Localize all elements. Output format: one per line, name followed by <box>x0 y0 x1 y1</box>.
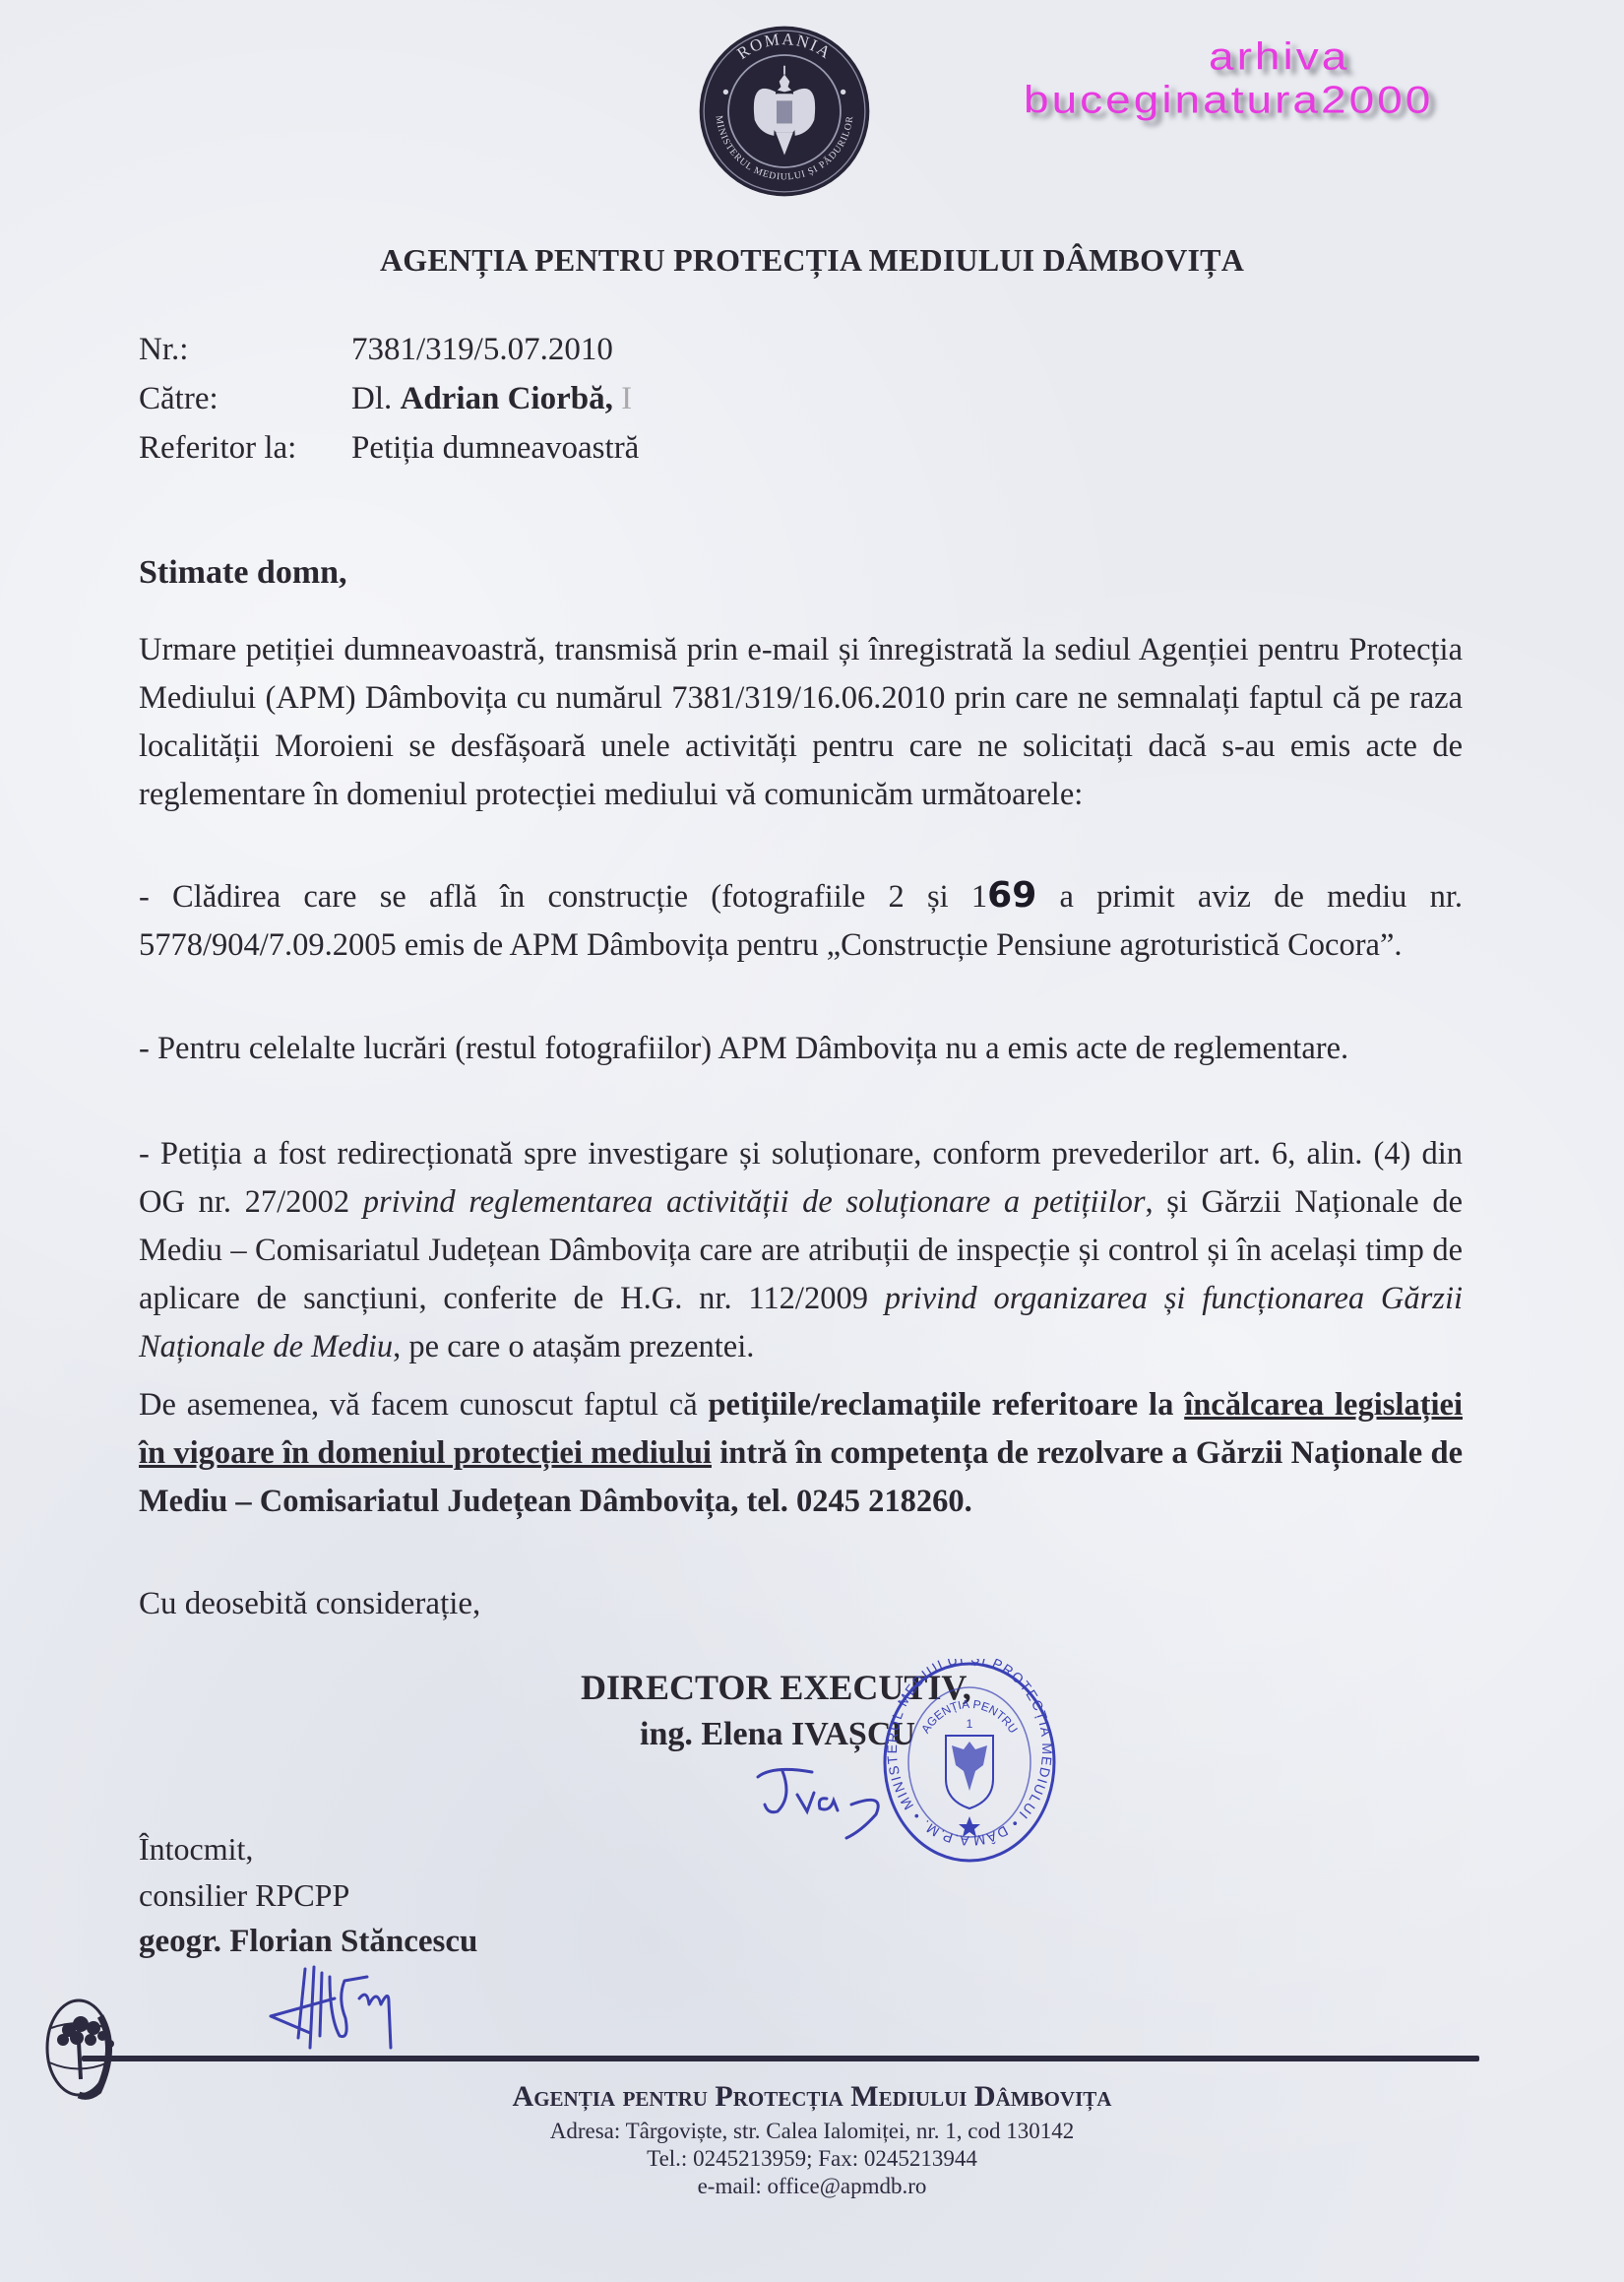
paragraph-5-text-a: De asemenea, vă facem cunoscut faptul că <box>139 1387 708 1423</box>
recipient-name: Adrian Ciorbă, <box>401 381 613 416</box>
footer-address: Adresa: Târgoviște, str. Calea Ialomiței… <box>0 2119 1624 2144</box>
paragraph-4-text-c: , pe care o atașăm prezentei. <box>393 1329 754 1364</box>
official-stamp-icon: A.P.M. • MINISTERUL MEDIULUI ȘI PROTECȚI… <box>881 1659 1058 1866</box>
to-value: Dl. Adrian Ciorbă, I <box>351 381 632 417</box>
agency-title: AGENȚIA PENTRU PROTECȚIA MEDIULUI DÂMBOV… <box>0 242 1624 279</box>
paragraph-5: De asemenea, vă facem cunoscut faptul că… <box>139 1381 1463 1526</box>
footer-agency-name: Agenția pentru Protecția Mediului Dâmbov… <box>0 2080 1624 2114</box>
ref-value: Petiția dumneavoastră <box>351 430 639 467</box>
paragraph-3: - Pentru celelalte lucrări (restul fotog… <box>139 1025 1463 1073</box>
prepared-by-label: Întocmit, <box>139 1831 253 1868</box>
footer-email: e-mail: office@apmdb.ro <box>0 2174 1624 2199</box>
paragraph-2: - Clădirea care se află în construcție (… <box>139 871 1463 970</box>
to-label: Către: <box>139 381 219 417</box>
paragraph-5-bold-a: petițiile/reclamațiile referitoare la <box>708 1387 1184 1423</box>
salutation: Stimate domn, <box>139 554 347 592</box>
svg-text:1: 1 <box>967 1717 973 1731</box>
prepared-by-name: geogr. Florian Stăncescu <box>139 1924 477 1960</box>
footer-divider <box>82 2056 1479 2061</box>
handwritten-correction: 69 <box>987 875 1036 916</box>
watermark-line-1: arhiva <box>1209 33 1349 79</box>
preparer-signature-icon <box>251 1959 458 2058</box>
nr-value: 7381/319/5.07.2010 <box>351 332 613 368</box>
paragraph-1: Urmare petiției dumneavoastră, transmisă… <box>139 626 1463 819</box>
paragraph-4-italic-1: privind reglementarea activității de sol… <box>363 1184 1146 1220</box>
nr-label: Nr.: <box>139 332 188 368</box>
director-name: ing. Elena IVAȘCU <box>640 1716 915 1753</box>
closing: Cu deosebită considerație, <box>139 1586 480 1622</box>
to-suffix: I <box>613 381 632 416</box>
footer-phone: Tel.: 0245213959; Fax: 0245213944 <box>0 2146 1624 2172</box>
to-prefix: Dl. <box>351 381 401 416</box>
watermark-line-2: buceginatura2000 <box>1024 77 1433 122</box>
ref-label: Referitor la: <box>139 430 296 467</box>
ministry-seal-icon: ROMANIA MINISTERUL MEDIULUI ȘI PĂDURILOR <box>697 24 872 199</box>
prepared-by-role: consilier RPCPP <box>139 1877 349 1914</box>
paragraph-4: - Petiția a fost redirecționată spre inv… <box>139 1130 1463 1371</box>
paragraph-2-text-a: - Clădirea care se află în construcție (… <box>139 879 987 915</box>
